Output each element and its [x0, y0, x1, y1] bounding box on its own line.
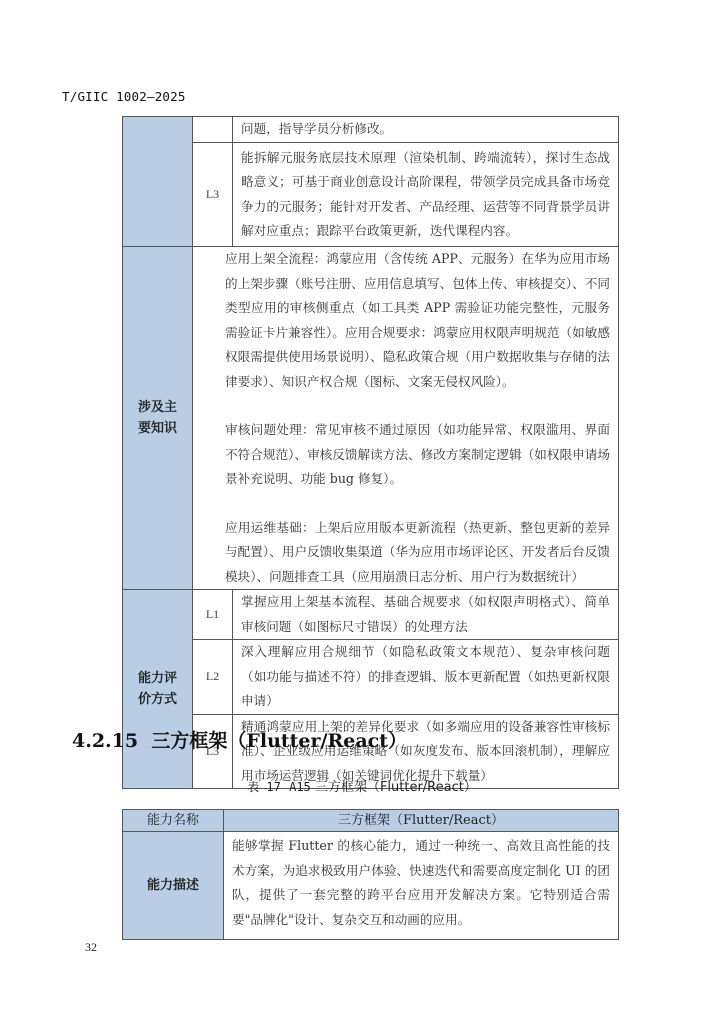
competency-table-continued: 问题，指导学员分析修改。 L3 能拆解元服务底层技术原理（渲染机制、跨端流转），… — [122, 116, 619, 789]
level-text: 掌握应用上架基本流程、基础合规要求（如权限声明格式）、简单审核问题（如图标尺寸错… — [233, 590, 619, 640]
table-row: L3 能拆解元服务底层技术原理（渲染机制、跨端流转），探讨生态战略意义；可基于商… — [123, 143, 619, 247]
document-id: T/GIIC 1002—2025 — [62, 89, 186, 104]
table-row-eval-l1: 能力评价方式 L1 掌握应用上架基本流程、基础合规要求（如权限声明格式）、简单审… — [123, 590, 619, 640]
knowledge-paragraph: 审核问题处理：常见审核不通过原因（如功能异常、权限滥用、界面不符合规范）、审核反… — [225, 418, 610, 492]
name-label: 能力名称 — [123, 810, 224, 832]
table-caption: 表 17 A15 三方框架（Flutter/React） — [0, 776, 724, 795]
table-row-knowledge: 涉及主要知识 应用上架全流程：鸿蒙应用（含传统 APP、元服务）在华为应用市场的… — [123, 247, 619, 590]
table-header-row: 能力名称 三方框架（Flutter/React） — [123, 810, 619, 832]
level-text: 深入理解应用合规细节（如隐私政策文本规范）、复杂审核问题（如功能与描述不符）的排… — [233, 640, 619, 715]
table-17: 能力名称 三方框架（Flutter/React） 能力描述 能够掌握 Flutt… — [122, 809, 619, 940]
knowledge-paragraph: 应用上架全流程：鸿蒙应用（含传统 APP、元服务）在华为应用市场的上架步骤（账号… — [225, 247, 610, 394]
name-value: 三方框架（Flutter/React） — [224, 810, 619, 832]
level-text: 问题，指导学员分析修改。 — [233, 117, 619, 143]
description-label: 能力描述 — [123, 832, 224, 940]
level-cell: L2 — [193, 640, 233, 715]
table-row-eval-l2: L2 深入理解应用合规细节（如隐私政策文本规范）、复杂审核问题（如功能与描述不符… — [123, 640, 619, 715]
description-text: 能够掌握 Flutter 的核心能力，通过一种统一、高效且高性能的技术方案，为追… — [224, 832, 619, 940]
evaluation-label: 能力评价方式 — [123, 590, 193, 789]
knowledge-label: 涉及主要知识 — [123, 247, 193, 590]
level-text: 能拆解元服务底层技术原理（渲染机制、跨端流转），探讨生态战略意义；可基于商业创意… — [233, 143, 619, 247]
level-cell — [193, 117, 233, 143]
knowledge-paragraph: 应用运维基础：上架后应用版本更新流程（热更新、整包更新的差异与配置）、用户反馈收… — [225, 516, 610, 590]
page-number: 32 — [85, 940, 97, 955]
table-row: 问题，指导学员分析修改。 — [123, 117, 619, 143]
table-row: 能力描述 能够掌握 Flutter 的核心能力，通过一种统一、高效且高性能的技术… — [123, 832, 619, 940]
category-cell-empty — [123, 117, 193, 247]
knowledge-content: 应用上架全流程：鸿蒙应用（含传统 APP、元服务）在华为应用市场的上架步骤（账号… — [193, 247, 619, 590]
level-cell: L1 — [193, 590, 233, 640]
section-heading: 4.2.15 三方框架（Flutter/React） — [72, 726, 407, 753]
level-cell: L3 — [193, 143, 233, 247]
